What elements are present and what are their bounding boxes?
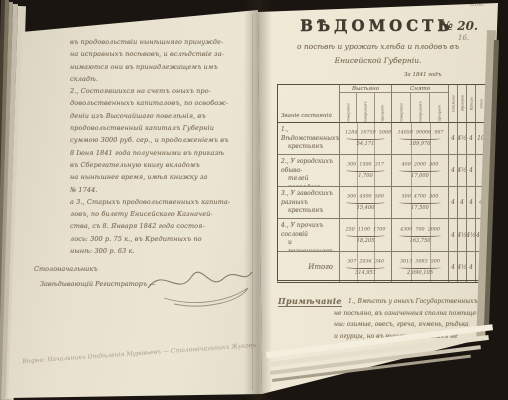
handwritten-line: складѣ. (70, 73, 260, 85)
ratio-value: 4 (449, 219, 458, 252)
total-row-label: Итого (278, 252, 340, 282)
ratio-value: 4 (449, 252, 458, 282)
ratio-value: 4½ (458, 123, 467, 155)
sown-values: 1284 10759 5068 (345, 130, 386, 136)
ratio-label: Озимаго (451, 95, 455, 112)
ratio-value: 4½ (458, 155, 467, 187)
gutter-shadow (244, 0, 272, 400)
year-note: За 1841 годъ (404, 72, 474, 78)
row-label-line: 2., У городскихъ обыва- (281, 158, 333, 174)
row-label-line: крестьянъ (281, 207, 337, 216)
handwritten-line: нынѣ: 300 р. 63 к. (70, 245, 260, 257)
reaped-sum: 163,750 (396, 237, 444, 244)
group-label: Высѣяно (340, 85, 391, 93)
handwritten-line: а 3., Старыхъ продовольственныхъ капита- (70, 196, 260, 208)
reaped-values-cell: 500 4700 30017,500 (392, 187, 449, 219)
handwritten-line: довольственныхъ капиталовъ, по освобож- (70, 97, 260, 109)
handwritten-line: ства, съ 8. Января 1842 года состоя- (70, 220, 260, 232)
header-label-cell: Званіе состояній (278, 85, 340, 123)
ratio-column-header: Ярицы (467, 85, 476, 123)
handwritten-line: нимаются они въ принадлежащемъ имъ (70, 61, 260, 73)
ratio-value: 4 (458, 187, 467, 219)
total-reaped-cell: 3013 3083 5002,090,105 (392, 252, 449, 282)
sown-values: 250 1100 1700 (345, 226, 386, 232)
sown-values: 300 1500 317 (345, 162, 386, 168)
handwritten-line: ловъ, по билету Енисейскаго Казначей- (70, 208, 260, 220)
brace (346, 201, 385, 204)
sown-values-cell: 1284 10759 506854,171 (340, 123, 392, 155)
handwritten-line: въ Сберегательную книгу вкладомъ (70, 159, 260, 171)
closing-line: Завѣдывающій Регистраторъ — (40, 280, 156, 288)
ratio-column-header: Яроваго (458, 85, 467, 123)
row-label-line: и разночинцевъ (281, 239, 337, 252)
reaped-sum: 2,090,105 (396, 269, 444, 276)
ratio-value: 4 (467, 155, 476, 187)
reaped-sum: 17,500 (396, 205, 444, 212)
brace (346, 266, 385, 269)
note-line: не посѣяно, въ означенныя сполна помѣще- (334, 308, 488, 320)
sown-sum: 18,205 (344, 237, 387, 244)
handwritten-line: продовольственный капиталъ Губерніи (70, 122, 260, 134)
row-label: 1., Вѣдомственныхъкрестьянъ (278, 123, 340, 155)
document-title: ВѢДОМОСТЬ (294, 17, 460, 36)
reaped-values-cell: 14050 90006 987189,970 (392, 123, 449, 155)
handwritten-line: суммою 3000 руб. сер., и продолженіемъ в… (70, 134, 260, 146)
group-label: Снято (392, 85, 448, 93)
ratio-value: 4½ (458, 252, 467, 282)
brace (399, 201, 442, 204)
total-sown-cell: 307 2036 340314,951 (340, 252, 392, 282)
row-label-line: телей разрядовъ (281, 175, 337, 187)
signature-flourish (144, 258, 256, 310)
unit-label: Четвертей (346, 103, 350, 123)
brace (346, 169, 385, 172)
brace (399, 266, 442, 269)
handwritten-line: 2., Состоявшихся на счетъ оныхъ про- (70, 85, 260, 97)
sown-values: 307 2036 340 (345, 258, 386, 264)
unit-header: Гарнцевъ (430, 93, 448, 123)
row-label: 2., У городскихъ обыва-телей разрядовъ (278, 155, 340, 187)
brace (399, 137, 442, 140)
sown-values: 500 4500 500 (345, 194, 386, 200)
ratio-value: 4 (449, 123, 458, 155)
statistics-table: Званіе состояній Высѣяно Четвертей Четве… (277, 84, 486, 283)
sown-values-cell: 500 4500 50015,400 (340, 187, 392, 219)
ratio-value: 4 (449, 187, 458, 219)
row-label-line: 4., У прочихъ сословій (281, 222, 323, 238)
left-page: въ продовольствіи нынѣшняго принужде- на… (6, 4, 262, 398)
unit-header: Четвериковъ (411, 93, 430, 123)
brace (399, 169, 442, 172)
handwritten-line: 8 Іюня 1841 года полученными въ приказѣ (70, 147, 260, 159)
reaped-values: 500 4700 300 (398, 194, 443, 200)
handwritten-line: на исправныхъ посѣвовъ, и вслѣдствіе за- (70, 48, 260, 60)
handwritten-line: № 1744. (70, 184, 260, 196)
row-label-line: 1., Вѣдомственныхъ (281, 126, 339, 142)
sown-sum: 314,951 (344, 269, 387, 276)
handwritten-line: деніи изъ Высочайшаго повелѣнія, въ (70, 110, 260, 122)
handwritten-paragraphs: въ продовольствіи нынѣшняго принужде- на… (70, 36, 260, 257)
unit-label: Гарнцевъ (437, 105, 441, 123)
row-label-line: 3., У заводскихъ разныхъ (281, 190, 333, 206)
verification-line: Вѣрно: Начальникъ Отдѣленія Муравьевъ — … (22, 342, 256, 365)
reaped-values: 4300 700 2000 (398, 226, 443, 232)
row-label: 4., У прочихъ сословійи разночинцевъ (278, 219, 340, 252)
unit-label: Четвериковъ (418, 101, 422, 123)
ratio-value: 4½ (458, 219, 467, 252)
ratio-value: 4 (467, 123, 476, 155)
sown-sum: 1,700 (344, 173, 387, 180)
row-label: 3., У заводскихъ разныхъкрестьянъ (278, 187, 340, 219)
note-line: 1., Вмѣстѣ у оныхъ Государственныхъ крес… (334, 296, 488, 308)
unit-header: Четвертей (392, 93, 411, 123)
sown-values-cell: 250 1100 170018,205 (340, 219, 392, 252)
unit-label: Четвертей (399, 103, 403, 123)
reaped-sum: 17,000 (396, 173, 444, 180)
sown-sum: 54,171 (344, 141, 387, 148)
ratio-label: Овса (479, 99, 483, 109)
reaped-values-cell: 400 2000 50017,000 (392, 155, 449, 187)
sown-sum: 15,400 (344, 205, 387, 212)
ratio-value: 4 (467, 187, 476, 219)
document-subtitle: о посѣвѣ и урожаѣ хлѣба и плодовъ въ (282, 42, 474, 51)
note-heading: Примѣчаніе (278, 296, 342, 307)
reaped-values-cell: 4300 700 2000163,750 (392, 219, 449, 252)
reaped-sum: 189,970 (396, 141, 444, 148)
row-label-line: крестьянъ (281, 143, 337, 152)
handwritten-line: лось: 300 р. 75 к., въ Кредитныхъ по (70, 233, 260, 245)
brace (346, 234, 385, 237)
handwritten-line: на нынѣшнее время, имѣя книжку за (70, 171, 260, 183)
sown-values-cell: 300 1500 3171,700 (340, 155, 392, 187)
reaped-values: 14050 90006 987 (398, 130, 443, 136)
ratio-label: Ярицы (469, 97, 473, 110)
brace (346, 137, 385, 140)
brace (399, 234, 442, 237)
reaped-values: 400 2000 500 (398, 162, 443, 168)
handwritten-line: въ продовольствіи нынѣшняго принужде- (70, 36, 260, 48)
unit-label: Гарнцевъ (381, 105, 385, 123)
unit-label: Четвериковъ (363, 101, 367, 123)
document-subtitle: Енисейской Губерніи. (282, 56, 474, 65)
unit-header: Четвертей (340, 93, 357, 123)
reaped-values: 3013 3083 500 (398, 258, 443, 264)
closing-line: Столоначальникъ (34, 265, 98, 273)
unit-header: Гарнцевъ (375, 93, 391, 123)
unit-header: Четвериковъ (357, 93, 374, 123)
ratio-value: 4½ (467, 219, 476, 252)
group-header-reaped: Снято Четвертей Четвериковъ Гарнцевъ (392, 85, 449, 123)
ratio-label: Яроваго (460, 95, 464, 111)
ratio-column-header: Озимаго (449, 85, 458, 123)
corner-pencil-mark: Кон. (470, 1, 484, 8)
ratio-value: 4 (467, 252, 476, 282)
book-scan: въ продовольствіи нынѣшняго принужде- на… (0, 0, 508, 400)
group-header-sown: Высѣяно Четвертей Четвериковъ Гарнцевъ (340, 85, 392, 123)
ratio-value: 4 (449, 155, 458, 187)
